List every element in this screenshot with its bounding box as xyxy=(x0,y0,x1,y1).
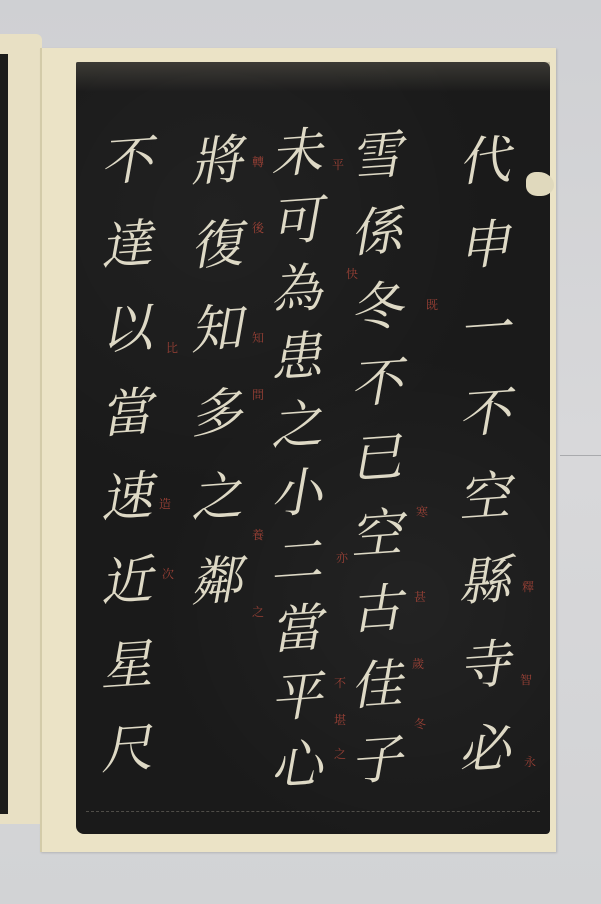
calligraphy-character: 古 xyxy=(347,572,404,651)
annotation-character: 之 xyxy=(334,745,346,762)
annotation-character: 之 xyxy=(252,603,264,620)
annotation-character: 不 xyxy=(334,674,346,691)
calligraphy-character: 心 xyxy=(268,730,325,801)
calligraphy-character: 不 xyxy=(455,370,513,457)
calligraphy-character: 以 xyxy=(97,286,155,373)
paper-damage-spot xyxy=(526,172,554,196)
calligraphy-character: 知 xyxy=(187,286,245,373)
left-album-page xyxy=(0,34,42,824)
calligraphy-character: 尺 xyxy=(97,706,155,793)
calligraphy-character: 寺 xyxy=(455,622,513,709)
calligraphy-character: 復 xyxy=(187,202,245,289)
calligraphy-character: 佳 xyxy=(347,647,404,726)
calligraphy-character: 速 xyxy=(97,454,155,541)
calligraphy-character: 子 xyxy=(347,723,404,802)
calligraphy-character: 未 xyxy=(268,118,325,189)
annotation-character: 釋 xyxy=(522,578,534,595)
calligraphy-character: 空 xyxy=(347,496,404,575)
calligraphy-character: 申 xyxy=(455,202,513,289)
calligraphy-character: 達 xyxy=(97,202,155,289)
calligraphy-column: 將復知多之鄰 xyxy=(190,120,242,624)
calligraphy-character: 空 xyxy=(455,454,513,541)
calligraphy-column: 雪係冬不已空古佳子 xyxy=(350,120,402,800)
calligraphy-character: 當 xyxy=(268,594,325,665)
calligraphy-character: 近 xyxy=(97,538,155,625)
annotation-character: 寒 xyxy=(416,503,428,520)
calligraphy-character: 代 xyxy=(455,118,513,205)
rubbing-bottom-edge xyxy=(86,811,540,814)
annotation-character: 轉 xyxy=(252,153,264,170)
annotation-character: 亦 xyxy=(336,549,348,566)
annotation-character: 冬 xyxy=(414,715,426,732)
annotation-character: 智 xyxy=(520,671,532,688)
calligraphy-character: 二 xyxy=(268,526,325,597)
calligraphy-character: 星 xyxy=(97,622,155,709)
calligraphy-character: 之 xyxy=(187,454,245,541)
page-fold xyxy=(40,48,42,852)
annotation-character: 永 xyxy=(524,753,536,770)
calligraphy-character: 雪 xyxy=(347,118,404,197)
annotation-character: 堪 xyxy=(334,711,346,728)
calligraphy-column: 未可為患之小二當平心 xyxy=(270,120,322,800)
annotation-character: 養 xyxy=(252,526,264,543)
calligraphy-character: 不 xyxy=(347,345,404,424)
rubbing-top-edge xyxy=(76,62,550,92)
annotation-character: 次 xyxy=(162,565,174,582)
annotation-character: 比 xyxy=(166,339,178,356)
annotation-character: 後 xyxy=(252,219,264,236)
calligraphy-character: 一 xyxy=(455,286,513,373)
annotation-character: 歲 xyxy=(412,655,424,672)
annotation-character: 甚 xyxy=(414,588,426,605)
annotation-character: 知 xyxy=(252,329,264,346)
calligraphy-column: 代申一不空縣寺必 xyxy=(458,120,510,792)
left-page-rubbing-edge xyxy=(0,54,8,814)
calligraphy-character: 縣 xyxy=(455,538,513,625)
calligraphy-character: 患 xyxy=(268,322,325,393)
calligraphy-character: 將 xyxy=(187,118,245,205)
annotation-character: 平 xyxy=(332,156,344,173)
calligraphy-character: 鄰 xyxy=(187,538,245,625)
calligraphy-character: 不 xyxy=(97,118,155,205)
annotation-character: 造 xyxy=(159,495,171,512)
annotation-character: 既 xyxy=(426,296,438,313)
annotation-character: 快 xyxy=(346,265,358,282)
calligraphy-character: 小 xyxy=(268,458,325,529)
calligraphy-character: 平 xyxy=(268,662,325,733)
background-edge-line xyxy=(560,455,601,456)
calligraphy-character: 係 xyxy=(347,194,404,273)
calligraphy-column: 不達以當速近星尺 xyxy=(100,120,152,792)
calligraphy-character: 多 xyxy=(187,370,245,457)
annotation-character: 問 xyxy=(252,386,264,403)
calligraphy-character: 可 xyxy=(268,186,325,257)
calligraphy-character: 當 xyxy=(97,370,155,457)
calligraphy-character: 已 xyxy=(347,420,404,499)
calligraphy-character: 必 xyxy=(455,706,513,793)
calligraphy-character: 之 xyxy=(268,390,325,461)
calligraphy-character: 為 xyxy=(268,254,325,325)
